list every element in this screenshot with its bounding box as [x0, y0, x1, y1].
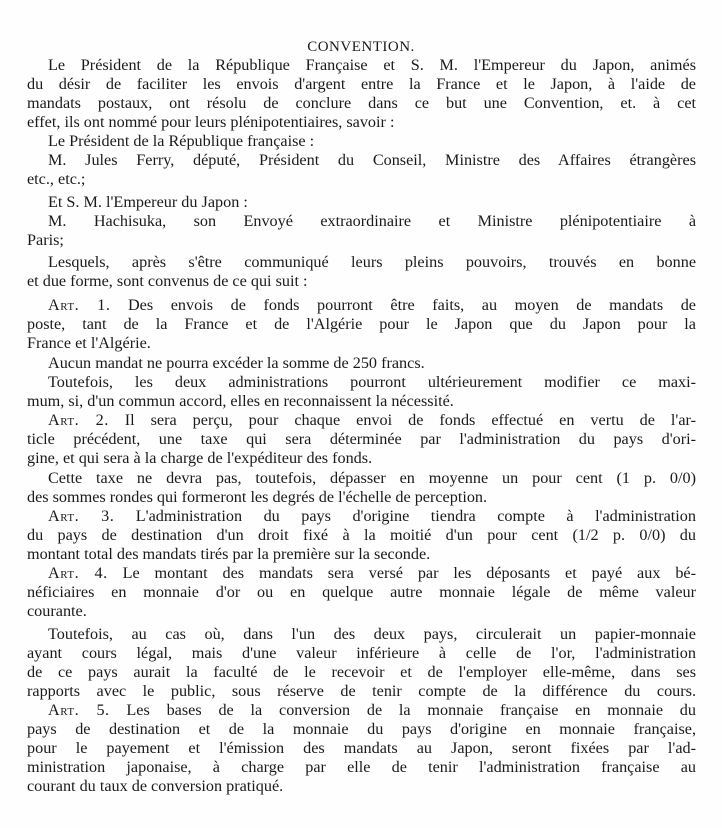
article-number: Art. 1. [48, 296, 110, 314]
text-line: etc., etc.; [27, 170, 696, 189]
article-text: Il sera perçu, pour chaque envoi de fond… [109, 411, 696, 429]
text-line: Cette taxe ne devra pas, toutefois, dépa… [48, 469, 696, 488]
text-line: du pays de destination d'un droit fixé à… [27, 526, 696, 545]
text-line: Aucun mandat ne pourra excéder la somme … [48, 354, 696, 373]
text-line: courant du taux de conversion pratiqué. [27, 777, 696, 796]
document-page: CONVENTION. Le Président de la Républiqu… [0, 0, 722, 828]
article-text: L'administration du pays d'origine tiend… [114, 507, 696, 525]
text-line: M. Jules Ferry, député, Président du Con… [48, 151, 696, 170]
text-line: M. Hachisuka, son Envoyé extraordinaire … [48, 212, 696, 231]
text-line: Toutefois, au cas où, dans l'un des deux… [48, 625, 696, 644]
text-line: pour le payement et l'émission des manda… [27, 739, 696, 758]
article-number: Art. 2. [48, 411, 109, 429]
text-line: courante. [27, 602, 696, 621]
article-heading-line: Art. 1. Des envois de fonds pourront êtr… [48, 296, 696, 315]
text-line: néficiaires en monnaie d'or ou en quelqu… [27, 583, 696, 602]
text-line: du désir de faciliter les envois d'argen… [27, 75, 696, 94]
article-heading-line: Art. 2. Il sera perçu, pour chaque envoi… [48, 411, 696, 430]
text-line: Le Président de la République Française … [48, 56, 696, 75]
text-line: Toutefois, les deux administrations pour… [48, 373, 696, 392]
text-line: gine, et qui sera à la charge de l'expéd… [27, 449, 696, 468]
text-line: Et S. M. l'Empereur du Japon : [48, 193, 696, 212]
text-line: effet, ils ont nommé pour leurs plénipot… [27, 113, 696, 132]
document-title: CONVENTION. [0, 38, 722, 56]
text-line: mum, si, d'un commun accord, elles en re… [27, 392, 696, 411]
article-text: Le montant des mandats sera versé par le… [108, 564, 696, 582]
article-number: Art. 3. [48, 507, 114, 525]
article-heading-line: Art. 4. Le montant des mandats sera vers… [48, 564, 696, 583]
text-line: mandats postaux, ont résolu de conclure … [27, 94, 696, 113]
text-line: Lesquels, après s'être communiqué leurs … [48, 253, 696, 272]
text-line: ayant cours légal, mais d'une valeur inf… [27, 644, 696, 663]
article-heading-line: Art. 5. Les bases de la conversion de la… [48, 701, 696, 720]
text-line: France et l'Algérie. [27, 334, 696, 353]
article-number: Art. 5. [48, 701, 110, 719]
text-line: et due forme, sont convenus de ce qui su… [27, 272, 696, 291]
text-line: pays de destination et de la monnaie du … [27, 720, 696, 739]
article-text: Les bases de la conversion de la monnaie… [110, 701, 696, 719]
text-line: poste, tant de la France et de l'Algérie… [27, 315, 696, 334]
text-line: de ce pays aurait la faculté de le recev… [27, 663, 696, 682]
article-text: Des envois de fonds pourront être faits,… [110, 296, 696, 314]
text-line: Le Président de la République française … [48, 132, 696, 151]
text-line: Paris; [27, 231, 696, 250]
text-line: des sommes rondes qui formeront les degr… [27, 488, 696, 507]
article-number: Art. 4. [48, 564, 108, 582]
text-line: montant total des mandats tirés par la p… [27, 545, 696, 564]
text-line: ministration japonaise, à charge par ell… [27, 758, 696, 777]
text-line: ticle précédent, une taxe qui sera déter… [27, 430, 696, 449]
article-heading-line: Art. 3. L'administration du pays d'origi… [48, 507, 696, 526]
text-line: rapports avec le public, sous réserve de… [27, 682, 696, 701]
